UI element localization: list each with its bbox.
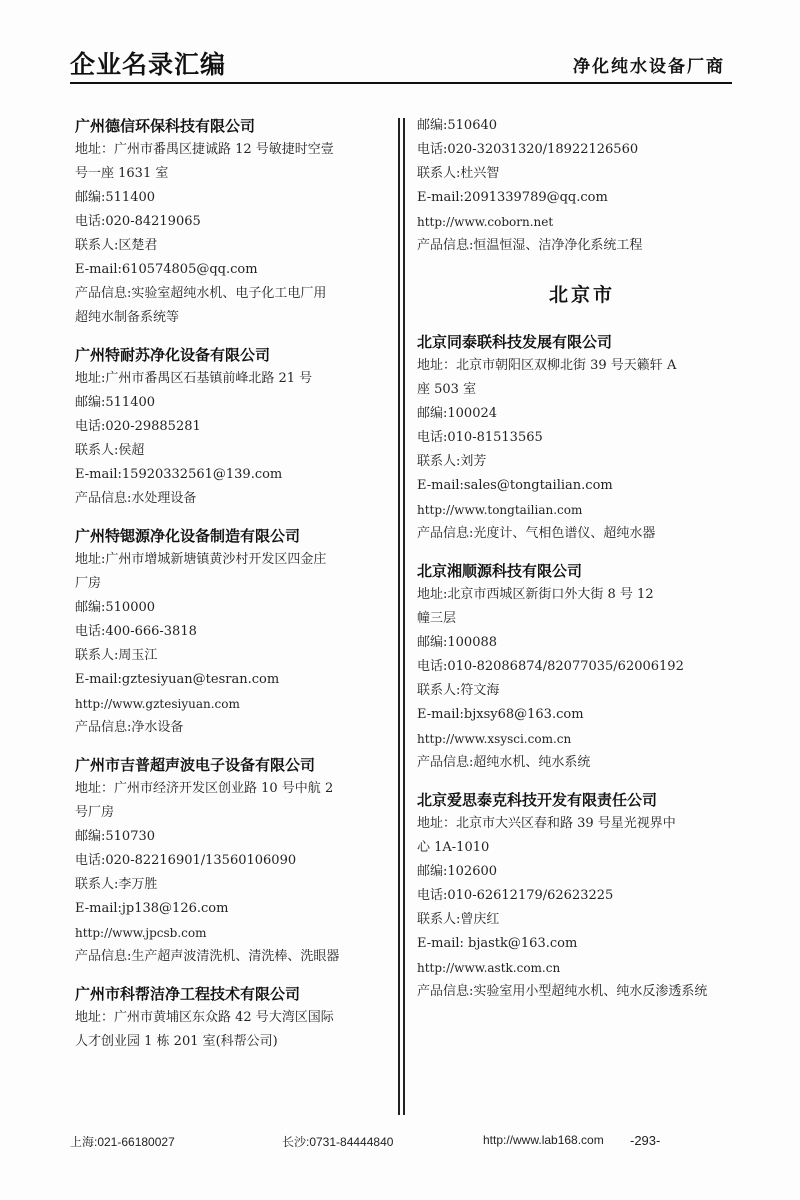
products: 产品信息:超纯水机、纯水系统 <box>417 751 747 775</box>
address-line: 地址:广州市番禺区石基镇前峰北路 21 号 <box>75 367 393 391</box>
page-number: -293- <box>630 1133 660 1148</box>
website: http://www.astk.com.cn <box>417 956 747 980</box>
company-name: 广州特锶源净化设备制造有限公司 <box>75 524 393 548</box>
category-title: 净化纯水设备厂商 <box>573 52 725 77</box>
phone: 电话:020-82216901/13560106090 <box>75 849 393 873</box>
company-entry: 广州市科帮洁净工程技术有限公司 地址：广州市黄埔区东众路 42 号大湾区国际 人… <box>75 982 393 1054</box>
address-line: 座 503 室 <box>417 378 747 402</box>
contact: 联系人:符文海 <box>417 679 747 703</box>
products: 产品信息:净水设备 <box>75 716 393 740</box>
email: E-mail:bjxsy68@163.com <box>417 703 747 727</box>
company-entry: 北京同泰联科技发展有限公司 地址：北京市朝阳区双柳北街 39 号天籁轩 A 座 … <box>417 330 747 546</box>
address-line: 地址:广州市增城新塘镇黄沙村开发区四金庄 <box>75 548 393 572</box>
postcode: 邮编:511400 <box>75 391 393 415</box>
products: 产品信息:水处理设备 <box>75 487 393 511</box>
region-heading: 北京市 <box>417 280 747 310</box>
phone: 电话:400-666-3818 <box>75 620 393 644</box>
phone: 电话:010-82086874/82077035/62006192 <box>417 655 747 679</box>
column-divider <box>398 118 405 1115</box>
contact: 联系人:区楚君 <box>75 234 393 258</box>
footer-shanghai-phone: 上海:021-66180027 <box>70 1133 175 1150</box>
address-line: 厂房 <box>75 572 393 596</box>
address-line: 地址：北京市大兴区春和路 39 号星光视界中 <box>417 812 747 836</box>
company-name: 北京同泰联科技发展有限公司 <box>417 330 747 354</box>
website: http://www.xsysci.com.cn <box>417 727 747 751</box>
email: E-mail:sales@tongtailian.com <box>417 474 747 498</box>
website: http://www.coborn.net <box>417 210 747 234</box>
website: http://www.tongtailian.com <box>417 498 747 522</box>
email: E-mail:2091339789@qq.com <box>417 186 747 210</box>
company-name: 广州市吉普超声波电子设备有限公司 <box>75 753 393 777</box>
address-line: 地址:北京市西城区新街口外大街 8 号 12 <box>417 583 747 607</box>
company-entry: 北京湘顺源科技有限公司 地址:北京市西城区新街口外大街 8 号 12 幢三层 邮… <box>417 559 747 775</box>
postcode: 邮编:102600 <box>417 860 747 884</box>
postcode: 邮编:511400 <box>75 186 393 210</box>
products: 产品信息:恒温恒湿、洁净净化系统工程 <box>417 234 747 258</box>
products: 产品信息:实验室用小型超纯水机、纯水反渗透系统 <box>417 980 747 1004</box>
section-title: 企业名录汇编 <box>70 45 226 81</box>
address-line: 号厂房 <box>75 801 393 825</box>
products: 产品信息:生产超声波清洗机、清洗棒、洗眼器 <box>75 945 393 969</box>
phone: 电话:020-32031320/18922126560 <box>417 138 747 162</box>
company-name: 广州特耐苏净化设备有限公司 <box>75 343 393 367</box>
contact: 联系人:刘芳 <box>417 450 747 474</box>
website: http://www.gztesiyuan.com <box>75 692 393 716</box>
email: E-mail: bjastk@163.com <box>417 932 747 956</box>
company-name: 广州市科帮洁净工程技术有限公司 <box>75 982 393 1006</box>
contact: 联系人:侯超 <box>75 439 393 463</box>
phone: 电话:020-84219065 <box>75 210 393 234</box>
company-entry: 广州德信环保科技有限公司 地址：广州市番禺区捷诚路 12 号敏捷时空壹 号一座 … <box>75 114 393 330</box>
company-entry: 北京爱思泰克科技开发有限责任公司 地址：北京市大兴区春和路 39 号星光视界中 … <box>417 788 747 1004</box>
postcode: 邮编:100024 <box>417 402 747 426</box>
company-name: 广州德信环保科技有限公司 <box>75 114 393 138</box>
address-line: 地址：北京市朝阳区双柳北街 39 号天籁轩 A <box>417 354 747 378</box>
company-name: 北京湘顺源科技有限公司 <box>417 559 747 583</box>
address-line: 地址：广州市经济开发区创业路 10 号中航 2 <box>75 777 393 801</box>
footer-website: http://www.lab168.com <box>483 1133 604 1147</box>
address-line: 号一座 1631 室 <box>75 162 393 186</box>
email: E-mail:jp138@126.com <box>75 897 393 921</box>
products: 产品信息:实验室超纯水机、电子化工电厂用 <box>75 282 393 306</box>
left-column: 广州德信环保科技有限公司 地址：广州市番禺区捷诚路 12 号敏捷时空壹 号一座 … <box>75 114 393 1067</box>
address-line: 地址：广州市番禺区捷诚路 12 号敏捷时空壹 <box>75 138 393 162</box>
company-entry: 广州市吉普超声波电子设备有限公司 地址：广州市经济开发区创业路 10 号中航 2… <box>75 753 393 969</box>
postcode: 邮编:510000 <box>75 596 393 620</box>
contact: 联系人:周玉江 <box>75 644 393 668</box>
address-line: 人才创业园 1 栋 201 室(科帮公司) <box>75 1030 393 1054</box>
postcode: 邮编:510730 <box>75 825 393 849</box>
email: E-mail:gztesiyuan@tesran.com <box>75 668 393 692</box>
phone: 电话:010-81513565 <box>417 426 747 450</box>
postcode: 邮编:100088 <box>417 631 747 655</box>
address-line: 地址：广州市黄埔区东众路 42 号大湾区国际 <box>75 1006 393 1030</box>
contact: 联系人:曾庆红 <box>417 908 747 932</box>
footer-changsha-phone: 长沙:0731-84444840 <box>282 1133 393 1150</box>
products: 产品信息:光度计、气相色谱仪、超纯水器 <box>417 522 747 546</box>
header-rule <box>70 82 732 84</box>
company-entry: 广州特耐苏净化设备有限公司 地址:广州市番禺区石基镇前峰北路 21 号 邮编:5… <box>75 343 393 511</box>
postcode: 邮编:510640 <box>417 114 747 138</box>
company-name: 北京爱思泰克科技开发有限责任公司 <box>417 788 747 812</box>
right-column: 邮编:510640 电话:020-32031320/18922126560 联系… <box>417 114 747 1017</box>
contact: 联系人:杜兴智 <box>417 162 747 186</box>
website: http://www.jpcsb.com <box>75 921 393 945</box>
contact: 联系人:李万胜 <box>75 873 393 897</box>
products: 超纯水制备系统等 <box>75 306 393 330</box>
email: E-mail:610574805@qq.com <box>75 258 393 282</box>
address-line: 心 1A-1010 <box>417 836 747 860</box>
phone: 电话:020-29885281 <box>75 415 393 439</box>
continued-entry: 邮编:510640 电话:020-32031320/18922126560 联系… <box>417 114 747 258</box>
address-line: 幢三层 <box>417 607 747 631</box>
email: E-mail:15920332561@139.com <box>75 463 393 487</box>
company-entry: 广州特锶源净化设备制造有限公司 地址:广州市增城新塘镇黄沙村开发区四金庄 厂房 … <box>75 524 393 740</box>
phone: 电话:010-62612179/62623225 <box>417 884 747 908</box>
